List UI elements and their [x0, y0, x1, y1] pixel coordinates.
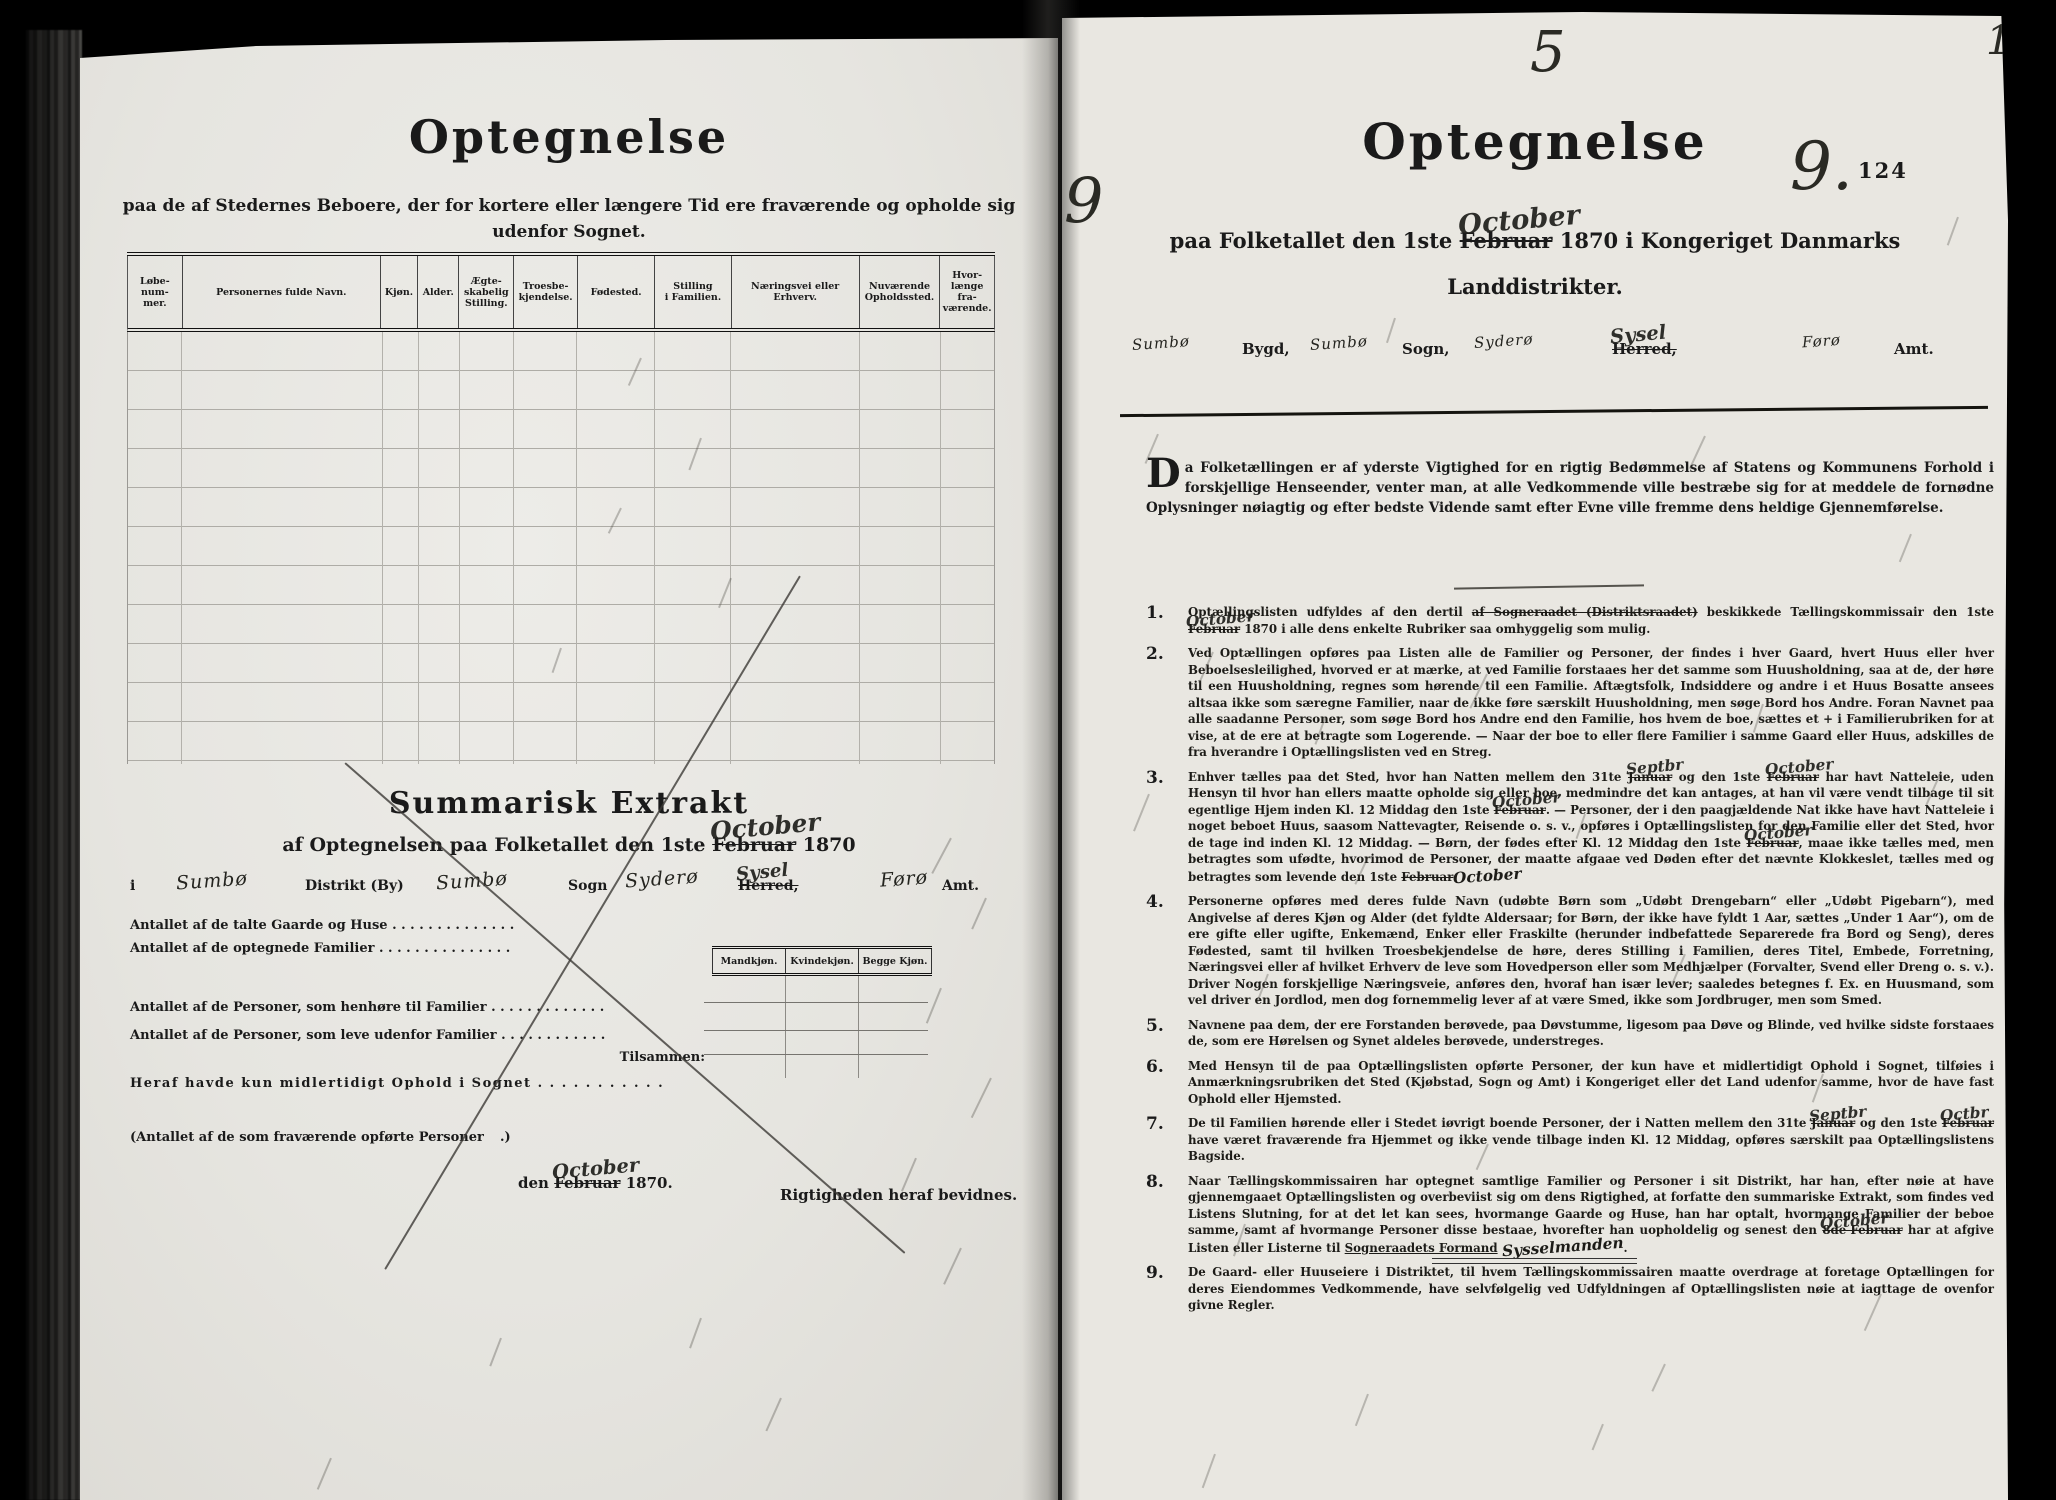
col-aegteskabelig: Ægte- skabelig Stilling.	[459, 256, 514, 328]
closing-rule	[1432, 1258, 1637, 1264]
amt-label: Amt.	[942, 878, 979, 894]
instruction-item-2: 2. Ved Optællingen opføres paa Listen al…	[1146, 645, 1994, 761]
item-text: Naar Tællingskommissairen har optegnet s…	[1188, 1173, 1994, 1257]
pen-ghost-stroke	[971, 898, 986, 930]
item-number: 6.	[1146, 1057, 1164, 1077]
instruction-item-8: 8. Naar Tællingskommissairen har optegne…	[1146, 1173, 1994, 1257]
fravaerende-line: (Antallet af de som fraværende opførte P…	[130, 1130, 484, 1145]
horizontal-rule	[1120, 406, 1988, 417]
district-handwritten: Sumbø	[175, 868, 248, 895]
herred-label-struck: SyselHerred,	[738, 878, 798, 894]
instruction-item-1: 1. Optællingslisten udfyldes af den dert…	[1146, 604, 1994, 637]
handwritten-five: 5	[1530, 20, 1566, 85]
pen-ghost-stroke	[1592, 1424, 1604, 1451]
item-text: Enhver tælles paa det Sted, hvor han Nat…	[1188, 769, 1994, 886]
sogn-handwritten-right: Sumbø	[1309, 332, 1368, 354]
herred-handwritten: Syderø	[624, 865, 699, 892]
right-page: 5 9 9. 124 1 Optegnelse paa Folketallet …	[1062, 12, 2008, 1500]
col-kjon: Kjøn.	[381, 256, 418, 328]
intro-paragraph: Da Folketællingen er af yderste Vigtighe…	[1146, 458, 1994, 518]
sogn-handwritten: Sumbø	[435, 868, 508, 895]
intro-text: a Folketællingen er af yderste Vigtighed…	[1146, 460, 1994, 516]
instruction-item-9: 9. De Gaard- eller Huuseiere i Distrikte…	[1146, 1264, 1994, 1314]
item-number: 2.	[1146, 644, 1164, 664]
item-number: 5.	[1146, 1016, 1164, 1036]
instruction-item-6: 6. Med Hensyn til de paa Optællingsliste…	[1146, 1058, 1994, 1108]
right-page-subtitle-line2: Landdistrikter.	[1062, 274, 2008, 299]
pen-ghost-stroke	[1651, 1364, 1665, 1392]
summary-heading: Summarisk Extrakt	[80, 786, 1058, 821]
col-alder: Alder.	[418, 256, 459, 328]
item-number: 4.	[1146, 892, 1164, 912]
item-text: Personerne opføres med deres fulde Navn …	[1188, 893, 1994, 1009]
herred-label-struck-right: SyselHerred,	[1612, 340, 1677, 358]
district-i-label: i	[130, 878, 135, 894]
pen-ghost-stroke	[489, 1338, 501, 1367]
right-page-subtitle-line1: paa Folketallet den 1ste OctoberFebruar …	[1062, 228, 2008, 253]
amt-handwritten: Førø	[879, 866, 929, 891]
item-text: Ved Optællingen opføres paa Listen alle …	[1188, 645, 1994, 761]
count-gaarde-line: Antallet af de talte Gaarde og Huse . . …	[130, 918, 514, 933]
item-number: 7.	[1146, 1114, 1164, 1134]
torn-page-edges	[26, 30, 82, 1500]
item-text: De til Familien hørende eller i Stedet i…	[1188, 1115, 1994, 1165]
book-gutter-shadow	[1022, 0, 1080, 1500]
count-familier-line: Antallet af de optegnede Familier . . . …	[130, 941, 510, 956]
sogn-label-right: Sogn,	[1402, 340, 1449, 358]
date-line: den OctoberFebruar 1870.	[518, 1174, 673, 1192]
mini-col-mandkjon: Mandkjøn.	[712, 949, 786, 973]
fravaerende-line-close: .)	[500, 1130, 511, 1145]
item-number: 3.	[1146, 768, 1164, 788]
left-page-title: Optegnelse	[80, 110, 1058, 164]
midlertidigt-line: Heraf havde kun midlertidigt Ophold i So…	[130, 1076, 664, 1091]
intro-dropcap: D	[1146, 458, 1185, 490]
instruction-item-7: 7. De til Familien hørende eller i Stede…	[1146, 1115, 1994, 1165]
col-naeringsvei: Næringsvei eller Erhverv.	[732, 256, 860, 328]
col-fulde-navn: Personernes fulde Navn.	[183, 256, 381, 328]
bygd-handwritten: Sumbø	[1131, 332, 1190, 354]
small-divider	[1454, 584, 1644, 589]
item-text: Navnene paa dem, der ere Forstanden berø…	[1188, 1017, 1994, 1050]
pen-ghost-stroke	[1202, 1454, 1216, 1488]
left-page-subtitle-line2: udenfor Sognet.	[80, 222, 1058, 242]
item-number: 1.	[1146, 603, 1164, 623]
col-opholdssted: Nuværende Opholdssted.	[860, 256, 941, 328]
mini-col-beggekjon: Begge Kjøn.	[859, 949, 932, 973]
district-label: Distrikt (By)	[305, 878, 404, 894]
absentees-table: Løbe- num- mer. Personernes fulde Navn. …	[127, 252, 995, 764]
bygd-label: Bygd,	[1242, 340, 1290, 358]
item-number: 8.	[1146, 1172, 1164, 1192]
herred-handwritten-right: Syderø	[1473, 330, 1534, 352]
absentees-table-header: Løbe- num- mer. Personernes fulde Navn. …	[127, 256, 995, 332]
item-text: Med Hensyn til de paa Optællingslisten o…	[1188, 1058, 1994, 1108]
summary-mini-table: Mandkjøn. Kvindekjøn. Begge Kjøn.	[712, 946, 932, 1096]
instruction-item-5: 5. Navnene paa dem, der ere Forstanden b…	[1146, 1017, 1994, 1050]
pen-ghost-stroke	[317, 1458, 332, 1490]
col-lobenummer: Løbe- num- mer.	[128, 256, 183, 328]
pen-ghost-stroke	[765, 1398, 781, 1432]
amt-handwritten-right: Førø	[1801, 331, 1841, 352]
left-page-subtitle-line1: paa de af Stedernes Beboere, der for kor…	[80, 196, 1058, 216]
pen-ghost-stroke	[971, 1078, 992, 1118]
item-text: De Gaard- eller Huuseiere i Distriktet, …	[1188, 1264, 1994, 1314]
item-number: 9.	[1146, 1263, 1164, 1283]
mini-col-kvindekjon: Kvindekjøn.	[786, 949, 859, 973]
instruction-item-3: 3. Enhver tælles paa det Sted, hvor han …	[1146, 769, 1994, 886]
count-henhore-line: Antallet af de Personer, som henhøre til…	[130, 1000, 604, 1015]
pen-ghost-stroke	[1386, 318, 1396, 343]
corner-pen-mark: 1	[1986, 18, 2011, 64]
left-page: Optegnelse paa de af Stedernes Beboere, …	[80, 38, 1058, 1500]
summary-subheading: af Optegnelsen paa Folketallet den 1ste …	[80, 834, 1058, 856]
amt-label-right: Amt.	[1894, 340, 1934, 358]
col-fodested: Fødested.	[578, 256, 655, 328]
pen-ghost-stroke	[943, 1248, 961, 1285]
col-troesbekjendelse: Troesbe- kjendelse.	[514, 256, 578, 328]
count-leve-line: Antallet af de Personer, som leve udenfo…	[130, 1028, 605, 1043]
right-page-title: Optegnelse	[1062, 112, 2008, 171]
instruction-list: 1. Optællingslisten udfyldes af den dert…	[1146, 604, 1994, 1322]
pen-ghost-stroke	[1899, 534, 1912, 562]
pen-ghost-stroke	[1355, 1394, 1369, 1426]
item-text: Optællingslisten udfyldes af den dertil …	[1188, 604, 1994, 637]
scanned-census-book-spread: { "page_left": { "title": "Optegnelse", …	[0, 0, 2056, 1500]
absentees-table-empty-rows	[127, 332, 995, 764]
col-hvorlaenge: Hvor- længe fra- værende.	[940, 256, 994, 328]
instruction-item-4: 4. Personerne opføres med deres fulde Na…	[1146, 893, 1994, 1009]
pen-ghost-stroke	[689, 1318, 701, 1349]
attestation-line: Rigtigheden heraf bevidnes.	[780, 1186, 1017, 1204]
sogn-label: Sogn	[568, 878, 607, 894]
col-stilling-familien: Stilling i Familien.	[655, 256, 731, 328]
